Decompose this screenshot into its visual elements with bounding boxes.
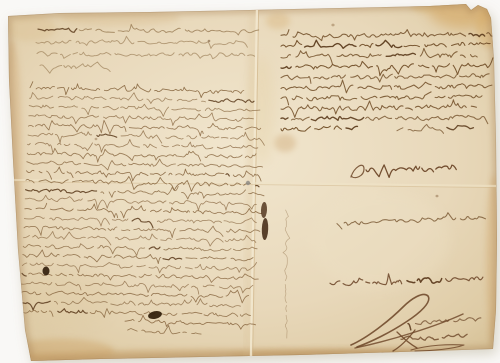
- stain: [274, 134, 296, 152]
- stain: [310, 190, 450, 290]
- manuscript-photograph: [0, 0, 500, 363]
- ink-spot: [43, 267, 50, 276]
- ink-spot: [208, 40, 211, 42]
- manuscript-photo-svg: [0, 0, 500, 363]
- stain: [100, 150, 260, 270]
- stain: [266, 13, 290, 29]
- stain: [24, 272, 116, 328]
- ink-spot: [246, 181, 250, 185]
- ink-spot: [95, 138, 98, 140]
- ink-spot: [331, 24, 334, 27]
- ink-spot: [436, 195, 439, 198]
